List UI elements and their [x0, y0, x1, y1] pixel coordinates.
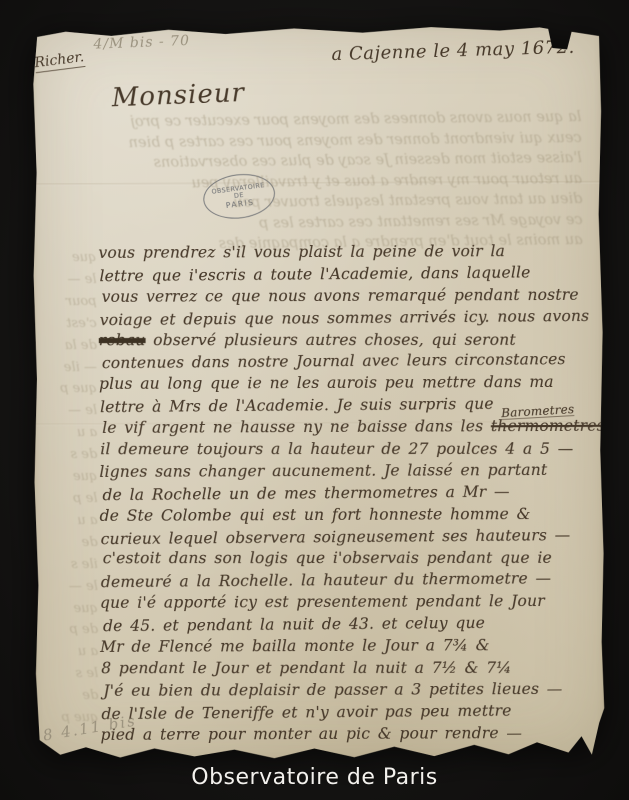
letter-line: de Ste Colombe qui est un fort honneste …: [99, 503, 605, 527]
letter-line-with-insertion: le vif argent ne hausse ny ne baisse dan…: [102, 416, 605, 440]
salutation: Monsieur: [111, 78, 245, 113]
letter-body: vous prendrez s'il vous plaist la peine …: [98, 241, 606, 747]
bleedthrough-text: la que nous avons donnees des moyens pou…: [61, 107, 583, 256]
letter-line: curieux lequel observera soigneusement s…: [101, 524, 606, 550]
letter-line: lettre que i'escris a toute l'Academie, …: [99, 262, 604, 288]
letter-line: c'estoit dans son logis que i'observais …: [103, 548, 606, 570]
letter-line: 8 pendant le Jour et pendant la nuit a 7…: [101, 658, 606, 680]
letter-line: de l'Isle de Teneriffe et n'y avoir pas …: [101, 699, 606, 725]
letter-line: vous prendrez s'il vous plaist la peine …: [98, 241, 604, 265]
author-annotation: Richer.: [34, 49, 86, 73]
letter-line: vous verrez ce que nous avons remarqué p…: [102, 285, 605, 309]
paper-sheet: Richer. 4/M bis - 70 a Cajenne le 4 may …: [31, 23, 605, 762]
margin-bleedthrough-text: que le — pour c'est de la — ile que p le…: [34, 247, 98, 729]
dateline: a Cajenne le 4 may 1672.: [331, 37, 575, 65]
letter-line: Mr de Flencé me bailla monte le Jour a 7…: [100, 635, 606, 659]
letter-line: pied a terre pour monter au pic & pour r…: [100, 722, 606, 746]
letter-line-with-strikeout: rebau observé plusieurs autres choses, q…: [99, 329, 605, 351]
line-text: le vif argent ne hausse ny ne baisse dan…: [102, 417, 491, 437]
letter-line: il demeure toujours a la hauteur de 27 p…: [100, 439, 605, 461]
struck-word: rebau: [99, 331, 146, 349]
archive-photo: { "photo": { "caption": "Observatoire de…: [0, 0, 629, 800]
letter-line: de la Rochelle un de mes thermometres a …: [102, 480, 605, 506]
letter-paper: Richer. 4/M bis - 70 a Cajenne le 4 may …: [31, 23, 605, 762]
letter-line: J'é eu bien du deplaisir de passer a 3 p…: [103, 679, 606, 703]
line-text: observé plusieurs autres choses, qui ser…: [145, 330, 515, 348]
photo-caption: Observatoire de Paris: [0, 765, 629, 790]
shelfmark-annotation: 4/M bis - 70: [93, 33, 190, 53]
letter-line: lignes sans changer aucunement. Je laiss…: [99, 460, 605, 484]
letter-line: voiage et depuis que nous sommes arrivés…: [100, 305, 605, 331]
letter-line: de 45. et pendant la nuit de 43. et celu…: [103, 612, 606, 638]
